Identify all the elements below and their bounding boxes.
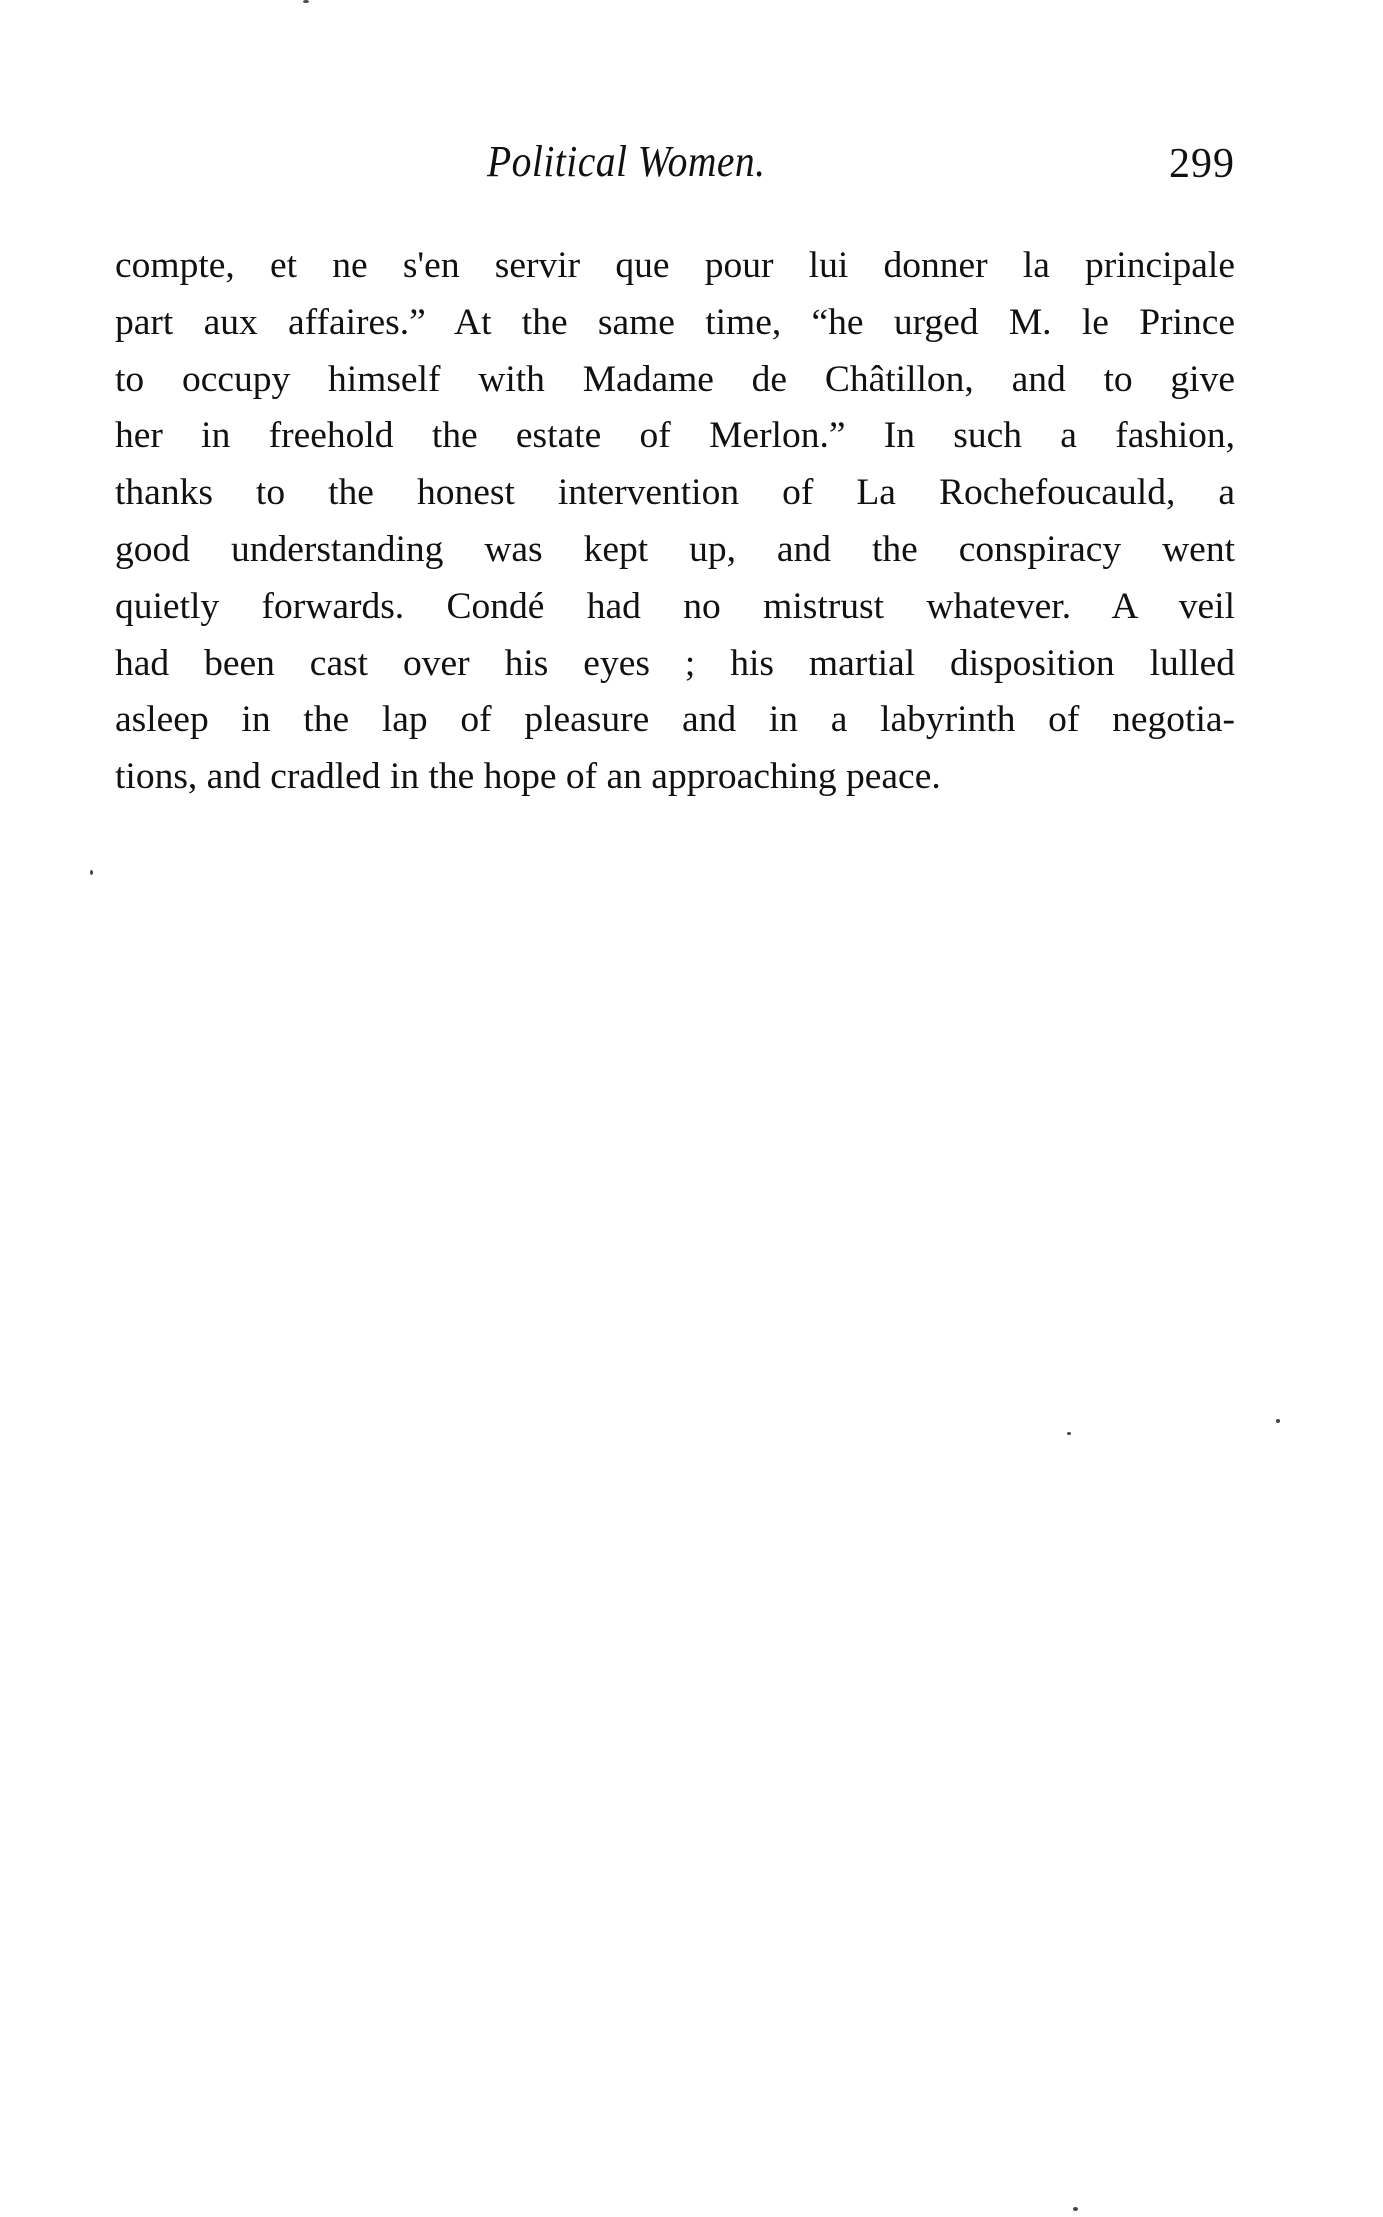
scan-speck bbox=[303, 0, 309, 3]
text-line: to occupy himself with Madame de Châtill… bbox=[115, 352, 1235, 409]
scan-speck bbox=[1276, 1419, 1280, 1423]
scan-speck bbox=[1067, 1432, 1071, 1435]
running-head-title: Political Women. bbox=[487, 136, 766, 187]
body-paragraph: compte, et ne s'en servir que pour lui d… bbox=[115, 238, 1235, 806]
text-line: her in freehold the estate of Merlon.” I… bbox=[115, 408, 1235, 465]
text-line: quietly forwards. Condé had no mistrust … bbox=[115, 579, 1235, 636]
page-number: 299 bbox=[1169, 140, 1235, 188]
scan-speck bbox=[1073, 2207, 1078, 2211]
text-line: compte, et ne s'en servir que pour lui d… bbox=[115, 238, 1235, 295]
text-line: had been cast over his eyes ; his martia… bbox=[115, 636, 1235, 693]
text-line: thanks to the honest intervention of La … bbox=[115, 465, 1235, 522]
text-line: asleep in the lap of pleasure and in a l… bbox=[115, 692, 1235, 749]
text-line: tions, and cradled in the hope of an app… bbox=[115, 749, 1235, 806]
text-line: good understanding was kept up, and the … bbox=[115, 522, 1235, 579]
running-head: Political Women. 299 bbox=[115, 136, 1235, 196]
text-line: part aux affaires.” At the same time, “h… bbox=[115, 295, 1235, 352]
book-page: Political Women. 299 compte, et ne s'en … bbox=[0, 0, 1383, 2217]
scan-speck bbox=[90, 870, 93, 875]
